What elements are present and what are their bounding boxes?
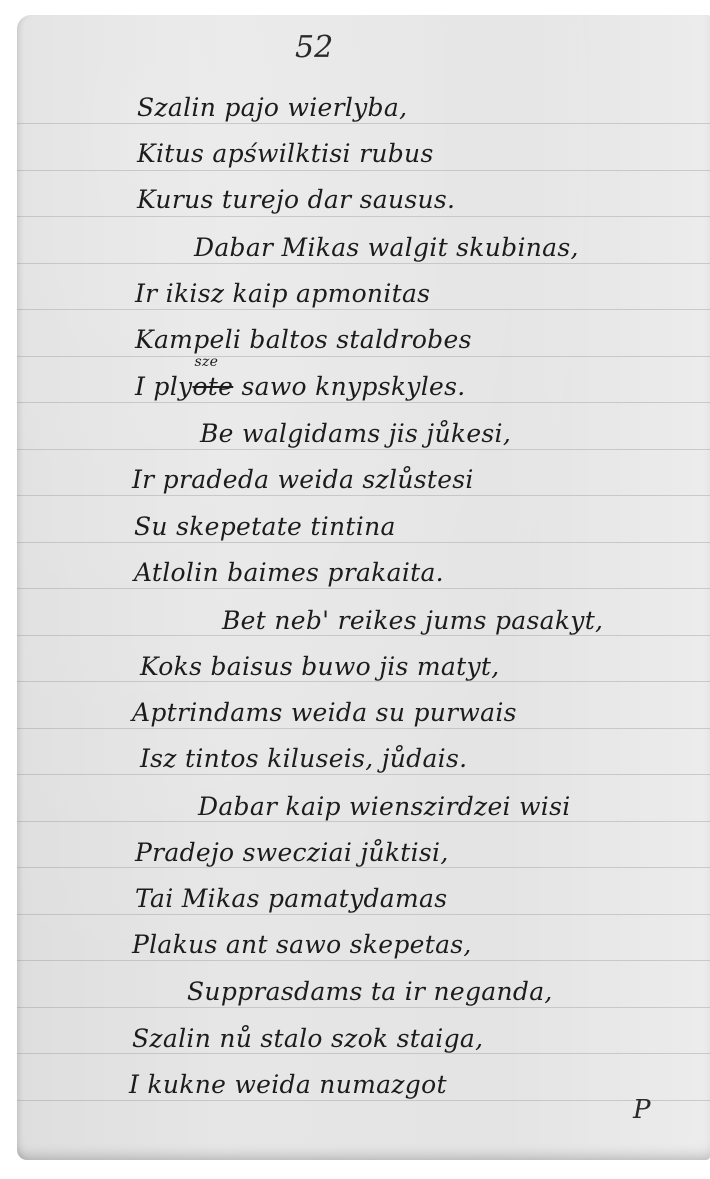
ruled-line [17,1007,710,1008]
text-before-correction: I ply [135,372,192,401]
verse-line: Ir ikisz kaip apmonitas [135,279,430,308]
verse-line: Kurus turejo dar sausus. [137,185,455,214]
verse-line: Supprasdams ta ir neganda, [187,977,553,1006]
ruled-line [17,681,710,682]
ruled-line [17,635,710,636]
margin-mark: P [633,1095,651,1125]
ruled-line [17,309,710,310]
verse-line: Szalin nů stalo szok staiga, [132,1024,483,1053]
verse-line: Bet neb' reikes jums pasakyt, [222,606,603,635]
verse-line: Be walgidams jis jůkesi, [200,419,511,448]
verse-line: Tai Mikas pamatydamas [135,884,447,913]
verse-line: Su skepetate tintina [134,512,396,541]
ruled-line [17,728,710,729]
verse-line-with-correction: I plyotesze sawo knypskyles. [135,372,465,401]
verse-line: Dabar Mikas walgit skubinas, [194,233,579,262]
ruled-line [17,123,710,124]
ruled-line [17,960,710,961]
verse-line: Isz tintos kiluseis, jůdais. [140,744,467,773]
verse-line: Koks baisus buwo jis matyt, [140,652,500,681]
verse-line: Kampeli baltos staldrobes [135,325,472,354]
ruled-line [17,263,710,264]
ruled-line [17,1100,710,1101]
ruled-line [17,495,710,496]
verse-line: Ir pradeda weida szlůstesi [132,465,474,494]
verse-line: Pradejo swecziai jůktisi, [135,838,449,867]
page-number: 52 [295,30,333,65]
ruled-line [17,449,710,450]
ruled-line [17,821,710,822]
verse-line: Dabar kaip wienszirdzei wisi [198,792,571,821]
verse-line: Szalin pajo wierlyba, [137,93,407,122]
verse-line: Plakus ant sawo skepetas, [132,930,472,959]
ruled-line [17,402,710,403]
verse-line: Atlolin baimes prakaita. [134,558,444,587]
ruled-line [17,588,710,589]
ruled-line [17,774,710,775]
inserted-text: sze [194,354,218,370]
ruled-line [17,216,710,217]
text-after-correction: sawo knypskyles. [233,372,465,401]
verse-line: I kukne weida numazgot [129,1070,447,1099]
ruled-line [17,356,710,357]
struck-text: ote [192,372,233,401]
ruled-line [17,914,710,915]
verse-line: Aptrindams weida su purwais [132,698,517,727]
ruled-line [17,170,710,171]
manuscript-page: 52 Szalin pajo wierlyba, Kitus apświlkti… [17,15,710,1160]
ruled-line [17,1053,710,1054]
ruled-line [17,867,710,868]
correction: otesze [192,372,233,401]
verse-line: Kitus apświlktisi rubus [137,139,434,168]
ruled-line [17,542,710,543]
